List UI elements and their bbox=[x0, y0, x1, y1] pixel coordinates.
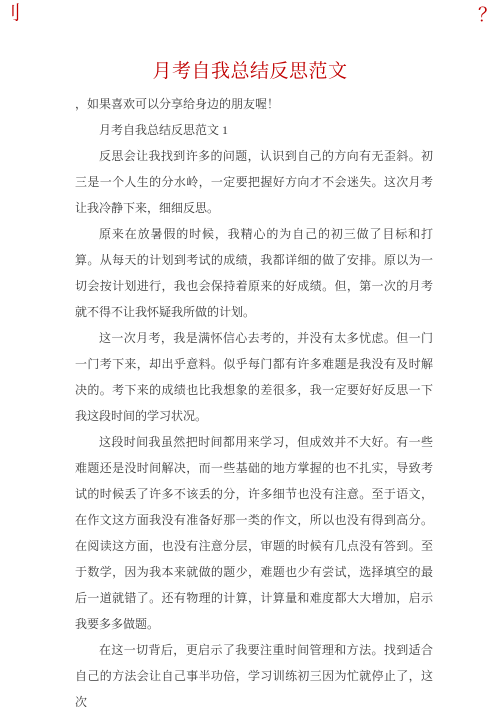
page-title: 月考自我总结反思范文 bbox=[0, 57, 500, 87]
paragraph: 在这一切背后，更启示了我要注重时间管理和方法。找到适合自己的方法会让自己事半功倍… bbox=[75, 637, 433, 707]
paragraph: 反思会让我找到许多的问题，认识到自己的方向有无歪斜。初三是一个人生的分水岭，一定… bbox=[75, 143, 433, 221]
document-body: ，如果喜欢可以分享给身边的朋友喔！ 月考自我总结反思范文 1 反思会让我找到许多… bbox=[75, 91, 433, 707]
red-corner-mark-left: 刂 bbox=[2, 3, 21, 26]
red-corner-mark-right: ？ bbox=[478, 5, 497, 28]
paragraph: 原来在放暑假的时候，我精心的为自己的初三做了目标和打算。从每天的计划到考试的成绩… bbox=[75, 221, 433, 325]
document-page: 刂 ？ 月考自我总结反思范文 ，如果喜欢可以分享给身边的朋友喔！ 月考自我总结反… bbox=[0, 0, 500, 707]
subheading: 月考自我总结反思范文 1 bbox=[75, 117, 433, 143]
paragraph: 这一次月考，我是满怀信心去考的，并没有太多忧虑。但一门一门考下来，却出乎意料。似… bbox=[75, 325, 433, 429]
paragraph: 这段时间我虽然把时间都用来学习，但成效并不大好。有一些难题还是没时间解决，而一些… bbox=[75, 429, 433, 637]
intro-line: ，如果喜欢可以分享给身边的朋友喔！ bbox=[75, 91, 433, 117]
